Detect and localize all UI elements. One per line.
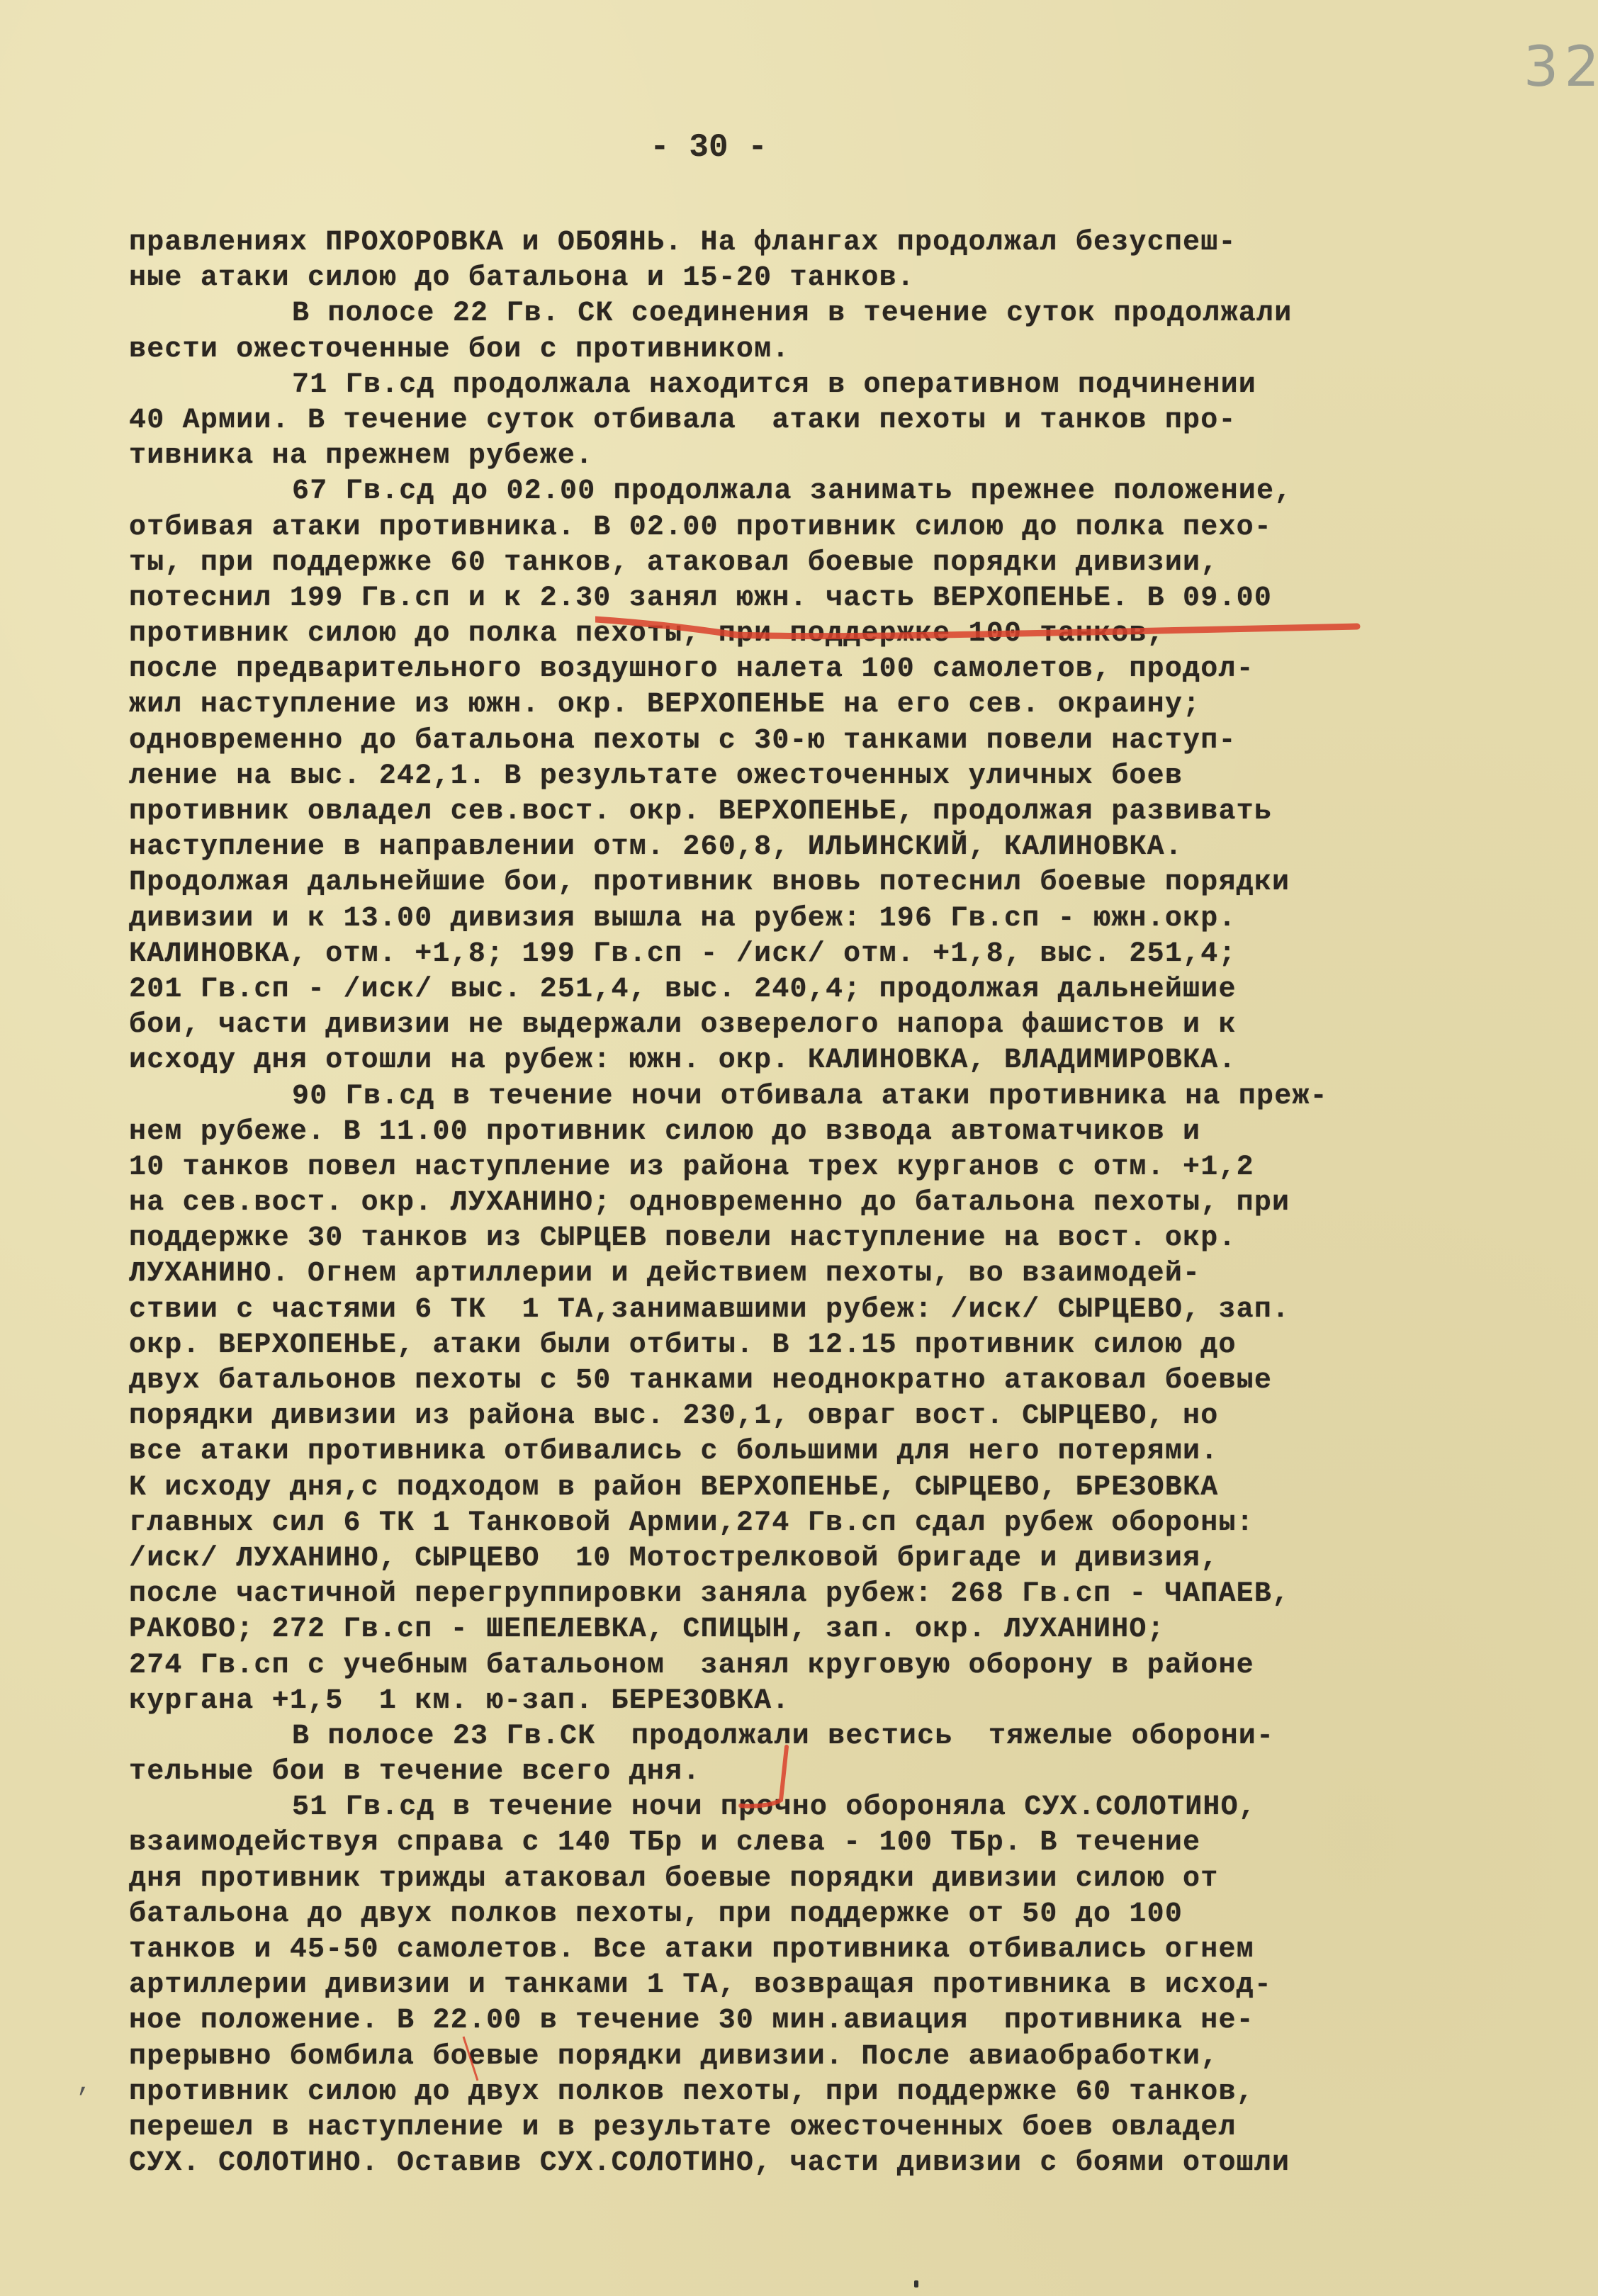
ink-spot	[914, 2280, 918, 2287]
text-line: тивника на прежнем рубеже.	[129, 439, 1546, 474]
text-line: правлениях ПРОХОРОВКА и ОБОЯНЬ. На фланг…	[129, 225, 1546, 261]
text-line: поддержке 30 танков из СЫРЦЕВ повели нас…	[129, 1221, 1546, 1256]
text-line: противник овладел сев.вост. окр. ВЕРХОПЕ…	[129, 794, 1546, 830]
text-line: В полосе 22 Гв. СК соединения в течение …	[129, 296, 1546, 332]
text-line: вести ожесточенные бои с противником.	[129, 332, 1546, 368]
text-line: танков и 45-50 самолетов. Все атаки прот…	[129, 1932, 1546, 1968]
text-line: кургана +1,5 1 км. ю-зап. БЕРЕЗОВКА.	[129, 1684, 1546, 1719]
red-pencil-underline	[595, 614, 1361, 642]
archive-page-number: 32	[1524, 35, 1598, 99]
text-line: Продолжая дальнейшие бои, противник внов…	[129, 865, 1546, 901]
body-text: правлениях ПРОХОРОВКА и ОБОЯНЬ. На фланг…	[129, 225, 1546, 2181]
text-line: потеснил 199 Гв.сп и к 2.30 занял южн. ч…	[129, 581, 1546, 617]
text-line: 10 танков повел наступление из района тр…	[129, 1150, 1546, 1186]
text-line: 71 Гв.сд продолжала находится в оператив…	[129, 368, 1546, 403]
text-line: бои, части дивизии не выдержали озверело…	[129, 1008, 1546, 1043]
text-line: одновременно до батальона пехоты с 30-ю …	[129, 724, 1546, 759]
text-line: после предварительного воздушного налета…	[129, 652, 1546, 687]
text-line: 201 Гв.сп - /иск/ выс. 251,4, выс. 240,4…	[129, 972, 1546, 1008]
text-line: РАКОВО; 272 Гв.сп - ШЕПЕЛЕВКА, СПИЦЫН, з…	[129, 1612, 1546, 1648]
text-line: ствии с частями 6 ТК 1 ТА,занимавшими ру…	[129, 1293, 1546, 1328]
document-page: 32 - 30 - правлениях ПРОХОРОВКА и ОБОЯНЬ…	[0, 0, 1598, 2296]
text-line: 274 Гв.сп с учебным батальоном занял кру…	[129, 1648, 1546, 1684]
text-line: все атаки противника отбивались с больши…	[129, 1434, 1546, 1470]
text-line: наступление в направлении отм. 260,8, ИЛ…	[129, 830, 1546, 865]
text-line: прерывно бомбила боевые порядки дивизии.…	[129, 2039, 1546, 2075]
text-line: 51 Гв.сд в течение ночи прочно обороняла…	[129, 1790, 1546, 1825]
text-line: батальона до двух полков пехоты, при под…	[129, 1897, 1546, 1932]
text-line: артиллерии дивизии и танками 1 ТА, возвр…	[129, 1968, 1546, 2003]
text-line: ное положение. В 22.00 в течение 30 мин.…	[129, 2003, 1546, 2039]
text-line: порядки дивизии из района выс. 230,1, ов…	[129, 1399, 1546, 1434]
text-line: окр. ВЕРХОПЕНЬЕ, атаки были отбиты. В 12…	[129, 1328, 1546, 1363]
text-line: ты, при поддержке 60 танков, атаковал бо…	[129, 546, 1546, 581]
red-pencil-checkmark	[737, 1743, 794, 1814]
text-line: В полосе 23 Гв.СК продолжали вестись тяж…	[129, 1719, 1546, 1755]
text-line: ление на выс. 242,1. В результате ожесто…	[129, 759, 1546, 794]
text-line: противник силою до двух полков пехоты, п…	[129, 2075, 1546, 2110]
text-line: тельные бои в течение всего дня.	[129, 1755, 1546, 1790]
text-line: жил наступление из южн. окр. ВЕРХОПЕНЬЕ …	[129, 687, 1546, 723]
text-line: двух батальонов пехоты с 50 танками неод…	[129, 1363, 1546, 1399]
text-line: ЛУХАНИНО. Огнем артиллерии и действием п…	[129, 1256, 1546, 1292]
page-number: - 30 -	[0, 129, 1417, 166]
text-line: на сев.вост. окр. ЛУХАНИНО; одновременно…	[129, 1186, 1546, 1221]
text-line: перешел в наступление и в результате оже…	[129, 2110, 1546, 2146]
text-line: после частичной перегруппировки заняла р…	[129, 1577, 1546, 1612]
text-line: 90 Гв.сд в течение ночи отбивала атаки п…	[129, 1079, 1546, 1115]
margin-mark: ,	[77, 2069, 92, 2098]
text-line: /иск/ ЛУХАНИНО, СЫРЦЕВО 10 Мотострелково…	[129, 1541, 1546, 1577]
text-line: К исходу дня,с подходом в район ВЕРХОПЕН…	[129, 1470, 1546, 1506]
text-line: взаимодействуя справа с 140 ТБр и слева …	[129, 1825, 1546, 1861]
text-line: 40 Армии. В течение суток отбивала атаки…	[129, 403, 1546, 439]
text-line: КАЛИНОВКА, отм. +1,8; 199 Гв.сп - /иск/ …	[129, 937, 1546, 972]
red-pencil-tick	[461, 2034, 482, 2083]
text-line: ные атаки силою до батальона и 15-20 тан…	[129, 261, 1546, 296]
text-line: дивизии и к 13.00 дивизия вышла на рубеж…	[129, 901, 1546, 937]
text-line: нем рубеже. В 11.00 противник силою до в…	[129, 1115, 1546, 1150]
text-line: СУХ. СОЛОТИНО. Оставив СУХ.СОЛОТИНО, час…	[129, 2146, 1546, 2181]
text-line: исходу дня отошли на рубеж: южн. окр. КА…	[129, 1043, 1546, 1079]
text-line: дня противник трижды атаковал боевые пор…	[129, 1862, 1546, 1897]
text-line: отбивая атаки противника. В 02.00 против…	[129, 510, 1546, 546]
text-line: главных сил 6 ТК 1 Танковой Армии,274 Гв…	[129, 1506, 1546, 1541]
text-line: 67 Гв.сд до 02.00 продолжала занимать пр…	[129, 474, 1546, 510]
